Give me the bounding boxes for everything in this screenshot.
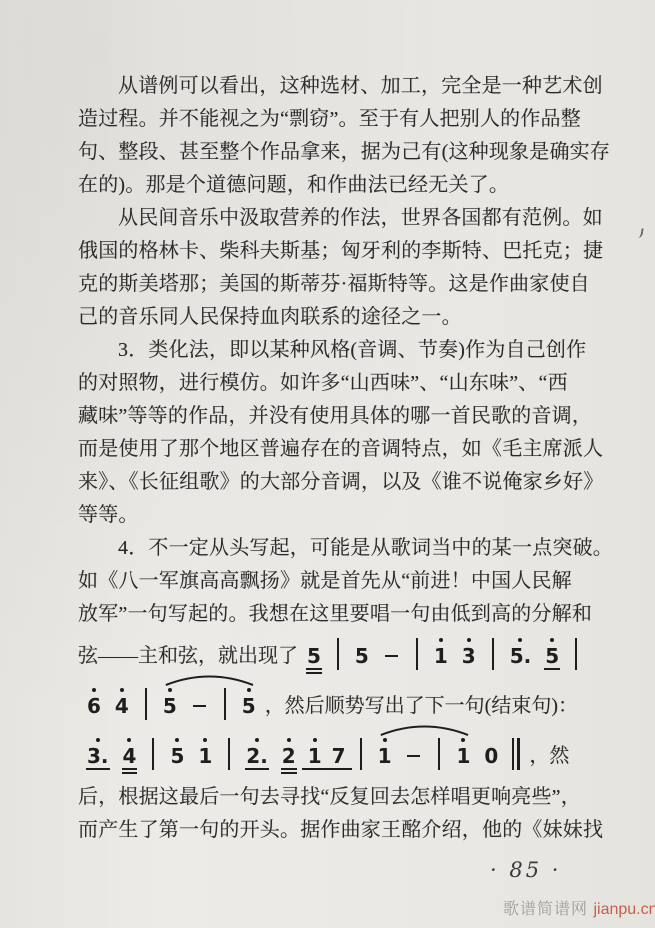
text-line: 后，根据这最后一句去寻找“反复回去怎样唱更响亮些”， [78,781,598,814]
text-line: 从谱例可以看出，这种选材、加工，完全是一种艺术创 [78,70,598,103]
note-digit: 2 [282,744,296,768]
jianpu-notation: 3.4512.217110 [80,740,527,772]
text-line: 在的)。那是个道德问题，和作曲法已经无关了。 [78,169,598,202]
jianpu-note: 2 [282,746,296,766]
note-digit: 1 [308,744,322,768]
text-line: 如《八一军旗高高飘扬》就是首先从“前进！中国人民解 [78,565,598,598]
jianpu-note: 5 [355,646,369,666]
duration-underline [306,672,322,674]
jianpu-note: 5 [170,746,184,766]
music-line-prefix-text: 弦——主和弦，就出现了 [78,646,298,666]
text-line: 而产生了第一句的开头。据作曲家王酩介绍，他的《妹妹找 [78,814,598,847]
tie-group: 55 [156,690,263,722]
duration-underline [544,668,560,670]
jianpu-note: 5 [545,646,559,666]
jianpu-note: 5 [163,696,177,716]
high-octave-dot [439,638,443,642]
watermark: 歌谱简谱网 jianpu.cn [503,896,655,919]
duration-underline [245,768,269,770]
note-digit: 5 [242,694,256,718]
high-octave-dot [461,738,465,742]
high-octave-dot [168,688,172,692]
music-line: 3.4512.217110，然 [78,731,598,781]
barline [152,738,154,770]
jianpu-note: 5. [510,646,532,666]
high-octave-dot [203,738,207,742]
high-octave-dot [550,638,554,642]
jianpu-notation: 6455 [80,690,263,722]
text-line: 3．类化法，即以某种风格(音调、节奏)作为自己创作 [78,334,598,367]
text-line: 克的斯美塔那；美国的斯蒂芬·福斯特等。这是作曲家使自 [78,268,598,301]
jianpu-note: 3 [462,646,476,666]
high-octave-dot [287,738,291,742]
note-digit: 4 [123,744,137,768]
tie-group: 11 [371,740,478,772]
barline [575,638,577,670]
music-line: 6455，然后顺势写出了下一句(结束句)： [78,681,598,731]
duration-dash [193,705,206,708]
note-digit: 5 [545,644,559,668]
beam-group: 17 [303,746,351,766]
note-digit: 1 [456,744,470,768]
note-digit: 5 [170,744,184,768]
duration-underline [86,768,110,770]
page-number: · 85 · [490,858,561,882]
high-octave-dot [247,688,251,692]
duration-underline [306,668,322,670]
high-octave-dot [467,638,471,642]
jianpu-note: 1 [378,746,392,766]
page-number-text: · 85 · [490,858,561,882]
high-octave-dot [313,738,317,742]
note-digit: 5 [307,644,321,668]
jianpu-note: 4 [123,746,137,766]
text-line: 放军”一句写起的。我想在这里要唱一句由低到高的分解和 [78,598,598,631]
note-digit: 2. [246,744,268,768]
barline [145,688,147,720]
note-digit: 5 [163,694,177,718]
high-octave-dot [383,738,387,742]
text-line: 而是使用了那个地区普遍存在的音调特点，如《毛主席派人 [78,433,598,466]
duration-dash [385,655,398,658]
music-line-suffix-text: ，然 [529,746,569,766]
scanned-book-page: 从谱例可以看出，这种选材、加工，完全是一种艺术创造过程。并不能视之为“剽窃”。至… [0,0,655,928]
text-line: 句、整段、甚至整个作品拿来，据为己有(这种现象是确实存 [78,136,598,169]
jianpu-note: 1 [308,746,322,766]
music-line: 弦——主和弦，就出现了55135.5 [78,631,598,681]
duration-underline [122,772,138,774]
text-line: 藏味”等等的作品，并没有使用具体的哪一首民歌的音调， [78,400,598,433]
note-digit: 1 [434,644,448,668]
barline [438,738,440,770]
note-digit: 0 [484,744,498,768]
note-digit: 3 [462,644,476,668]
note-digit: 1 [198,744,212,768]
note-digit: 5 [355,644,369,668]
bar-thin [512,738,514,770]
note-digit: 6 [87,694,101,718]
note-digit: 7 [332,744,346,768]
barline [416,638,418,670]
barline [337,638,339,670]
high-octave-dot [255,738,259,742]
text-line: 4．不一定从头写起，可能是从歌词当中的某一点突破。 [78,532,598,565]
page-body: 从谱例可以看出，这种选材、加工，完全是一种艺术创造过程。并不能视之为“剽窃”。至… [78,70,598,847]
text-line: 造过程。并不能视之为“剽窃”。至于有人把别人的作品整 [78,103,598,136]
barline [228,738,230,770]
jianpu-note: 1 [434,646,448,666]
high-octave-dot [518,638,522,642]
jianpu-note: 3. [87,746,109,766]
final-barline [512,738,520,770]
text-line: 俄国的格林卡、柴科夫斯基；匈牙利的李斯特、巴托克；捷 [78,235,598,268]
jianpu-note: 1 [456,746,470,766]
tie-arc [164,673,255,686]
beam-underline [302,768,352,770]
barline [224,688,226,720]
duration-dash [407,755,420,758]
watermark-site-name: 歌谱简谱网 [503,901,593,918]
jianpu-note: 5 [307,646,321,666]
barline [360,738,362,770]
text-line: 的对照物，进行模仿。如许多“山西味”、“山东味”、“西 [78,367,598,400]
high-octave-dot [127,738,131,742]
text-line: 己的音乐同人民保持血肉联系的途径之一。 [78,301,598,334]
high-octave-dot [96,738,100,742]
jianpu-note: 5 [242,696,256,716]
text-line: 从民间音乐中汲取营养的作法，世界各国都有范例。如 [78,202,598,235]
scan-artifact [635,228,643,239]
high-octave-dot [120,688,124,692]
high-octave-dot [92,688,96,692]
high-octave-dot [175,738,179,742]
note-digit: 5. [510,644,532,668]
text-line: 等等。 [78,499,598,532]
jianpu-note: 4 [115,696,129,716]
jianpu-note: 0 [484,746,498,766]
jianpu-note: 6 [87,696,101,716]
tie-arc [379,723,470,736]
watermark-link[interactable]: jianpu.cn [593,901,655,918]
music-line-suffix-text: ，然后顺势写出了下一句(结束句)： [265,696,578,716]
duration-underline [281,772,297,774]
jianpu-note: 2. [246,746,268,766]
bar-thick [517,738,520,770]
text-line: 来》、《长征组歌》的大部分音调，以及《谁不说俺家乡好》 [78,466,598,499]
note-digit: 1 [378,744,392,768]
barline [492,638,494,670]
note-digit: 3. [87,744,109,768]
note-digit: 4 [115,694,129,718]
jianpu-notation: 55135.5 [300,640,586,672]
duration-underline [122,768,138,770]
jianpu-note: 1 [198,746,212,766]
jianpu-note: 7 [332,746,346,766]
duration-underline [281,768,297,770]
